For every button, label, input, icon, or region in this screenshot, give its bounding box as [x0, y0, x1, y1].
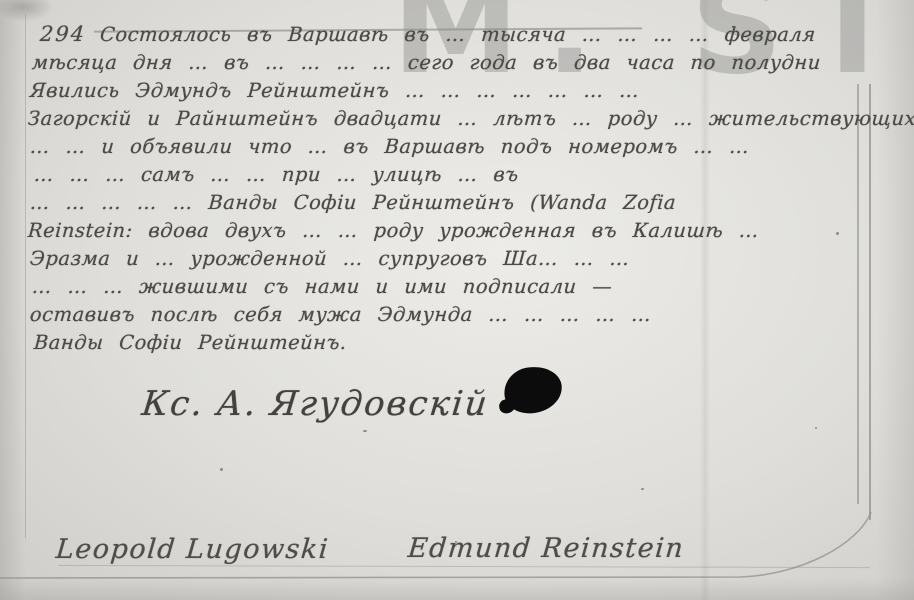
witness-signature-right: Edmund Reinstein	[407, 533, 686, 564]
right-margin-line	[857, 84, 859, 504]
record-line: … … … самъ … … при … улицѣ … въ	[33, 163, 519, 186]
scanned-document-page: M. ST. W 294Состоялось въ Варшавѣ въ … т…	[0, 0, 914, 600]
record-line: … … и объявили что … въ Варшавѣ подъ ном…	[29, 135, 750, 158]
speck-dot	[363, 430, 367, 432]
speck-dot	[455, 541, 457, 543]
record-number: 294	[39, 22, 87, 46]
right-margin-line	[869, 84, 871, 520]
page-fold-line	[700, 0, 710, 600]
speck-dot	[220, 468, 223, 471]
witness-signature-left: Leopold Lugowski	[55, 534, 331, 565]
speck-dot	[641, 488, 644, 490]
record-line: … … … жившими съ нами и ими подписали —	[31, 275, 613, 298]
speck-dot	[836, 232, 839, 235]
record-line: Reinstein: вдова двухъ … … роду урожденн…	[27, 219, 760, 242]
record-line-text: Состоялось въ Варшавѣ въ … тысяча … … … …	[99, 23, 816, 46]
record-line: … … … … … Ванды Софіи Рейнштейнъ (Wanda …	[29, 191, 677, 214]
ink-blot	[501, 363, 565, 418]
registrar-signature: Кс. А. Ягудовскій	[140, 384, 491, 424]
record-line: Ванды Софіи Рейнштейнъ.	[33, 331, 347, 354]
right-edge-shadow	[876, 0, 914, 600]
record-line: 294Состоялось въ Варшавѣ въ … тысяча … ……	[39, 22, 817, 46]
record-line: Загорскій и Райнштейнъ двадцати … лѣтъ ……	[27, 107, 914, 130]
record-line: Эразма и … урожденной … супруговъ Ша… … …	[29, 247, 630, 270]
record-line: мѣсяца дня … въ … … … … сего года въ два…	[31, 51, 821, 74]
bottom-edge-shadow	[0, 578, 914, 600]
corner-smudge	[0, 0, 54, 22]
signature-underline	[58, 565, 870, 568]
speck-dot	[815, 427, 817, 429]
left-edge-shadow	[0, 0, 26, 600]
record-line: Явились Эдмундъ Рейнштейнъ … … … … … … …	[29, 79, 640, 102]
left-margin-line	[25, 14, 26, 538]
record-line: оставивъ послѣ себя мужа Эдмунда … … … ……	[29, 303, 652, 326]
